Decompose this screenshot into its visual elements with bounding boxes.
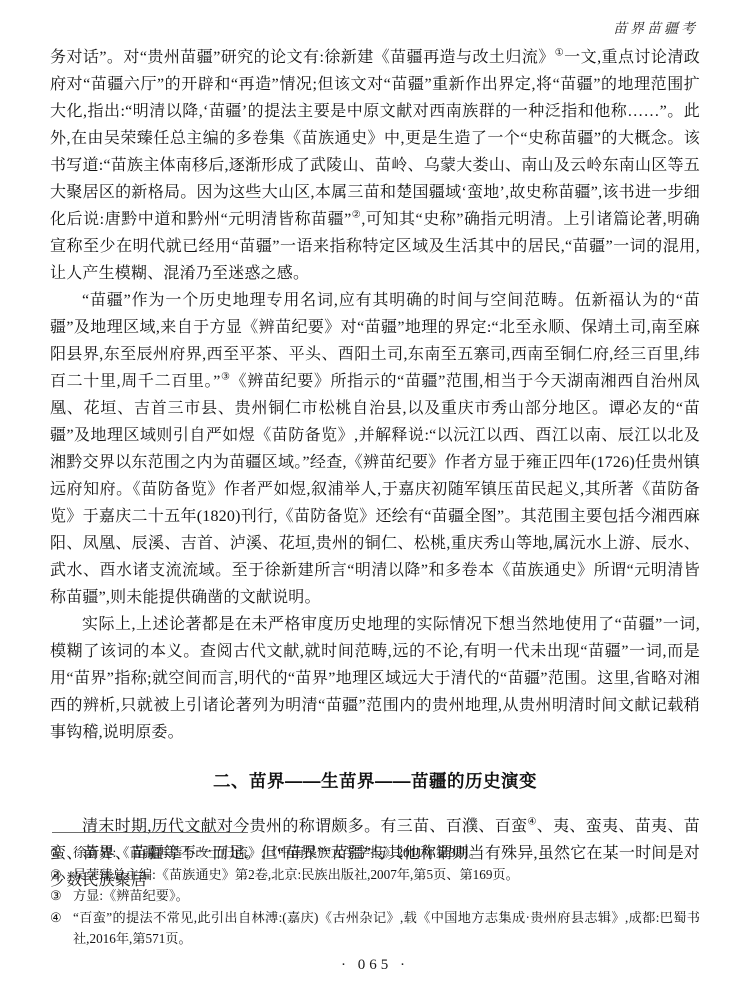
footnote-ref: ③ [221,372,231,383]
footnote-marker: ④ [50,907,73,950]
footnote-ref: ① [555,48,564,59]
footnote-ref: ④ [527,817,536,828]
footnote-4: ④ “百蛮”的提法不常见,此引出自林溥:(嘉庆)《古州杂记》,载《中国地方志集成… [50,907,700,950]
footnotes-section: ① 徐新建:《苗疆再造与改土归流》,《中南民族大学学报》2011年第3期。 ② … [50,832,700,950]
paragraph-miaojiang-definition: “苗疆”作为一个历史地理专用名词,应有其明确的时间与空间范畴。伍新福认为的“苗疆… [50,287,700,611]
footnote-text: 吴荣臻总主编:《苗族通史》第2卷,北京:民族出版社,2007年,第5页、第169… [73,864,700,886]
section-heading: 二、苗界——生苗界——苗疆的历史演变 [50,768,700,793]
footnote-marker: ③ [50,885,73,907]
footnote-3: ③ 方显:《辨苗纪要》。 [50,885,700,907]
footnote-ref: ② [351,210,361,221]
footnote-marker: ② [50,864,73,886]
footnote-text: 徐新建:《苗疆再造与改土归流》,《中南民族大学学报》2011年第3期。 [73,842,700,864]
footnote-text: 方显:《辨苗纪要》。 [73,885,700,907]
footnote-text: “百蛮”的提法不常见,此引出自林溥:(嘉庆)《古州杂记》,载《中国地方志集成·贵… [73,907,700,950]
footnote-marker: ① [50,842,73,864]
footnote-2: ② 吴荣臻总主编:《苗族通史》第2卷,北京:民族出版社,2007年,第5页、第1… [50,864,700,886]
body-content: 务对话”。对“贵州苗疆”研究的论文有:徐新建《苗疆再造与改土归流》①一文,重点讨… [50,44,700,894]
footnote-divider [52,832,248,833]
document-page: 苗界苗疆考 务对话”。对“贵州苗疆”研究的论文有:徐新建《苗疆再造与改土归流》①… [0,0,750,1000]
paragraph-continuation: 务对话”。对“贵州苗疆”研究的论文有:徐新建《苗疆再造与改土归流》①一文,重点讨… [50,44,700,287]
page-number: · 065 · [0,957,750,974]
paragraph-analysis: 实际上,上述论著都是在未严格审度历史地理的实际情况下想当然地使用了“苗疆”一词,… [50,611,700,746]
running-head: 苗界苗疆考 [613,18,698,38]
footnote-1: ① 徐新建:《苗疆再造与改土归流》,《中南民族大学学报》2011年第3期。 [50,842,700,864]
